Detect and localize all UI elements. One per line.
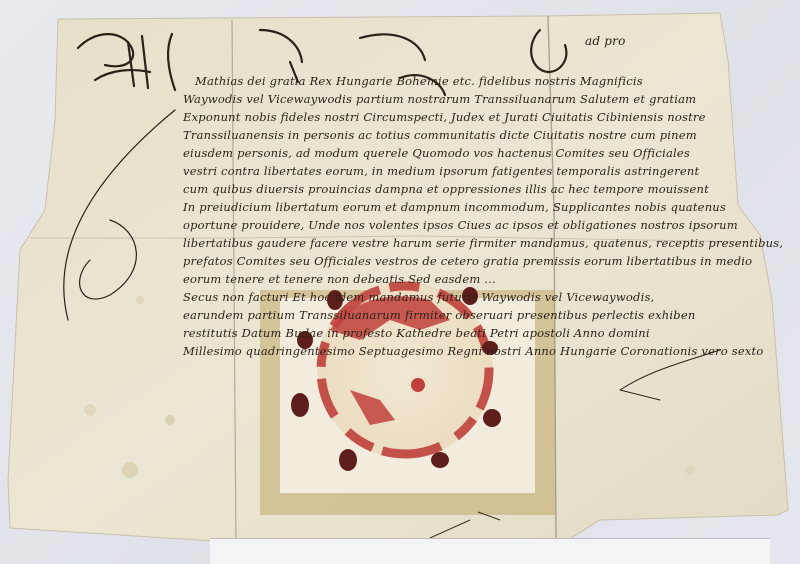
text-line: prefatos Comites seu Officiales vestros … [183,254,752,268]
text-line: libertatibus gaudere facere vestre harum… [183,236,783,250]
text-line: Exponunt nobis fideles nostri Circumspec… [183,110,706,124]
text-line: oportune prouidere, Unde nos volentes ip… [183,218,738,232]
text-line: eorum tenere et tenere non debeatis Sed … [183,272,496,286]
text-line: Transsiluanensis in personis ac totius c… [183,128,697,142]
text-line: Secus non facturi Et hoc idem mandamus f… [183,290,654,304]
text-line: Mathias dei gratia Rex Hungarie Bohemie … [195,74,643,88]
corner-note: ad pro [585,34,626,48]
text-line: restitutis Datum Budae in profesto Kathe… [183,326,650,340]
text-line: Millesimo quadringentesimo Septuagesimo … [183,344,764,358]
text-line: In preiudicium libertatum eorum et dampn… [183,200,726,214]
text-line: cum quibus diuersis prouincias dampna et… [183,182,709,196]
text-line: vestri contra libertates eorum, in mediu… [183,164,699,178]
text-line: earundem partium Transsiluanarum firmite… [183,308,695,322]
underlying-sheet [210,538,770,564]
text-line: eiusdem personis, ad modum querele Quomo… [183,146,690,160]
text-line: Waywodis vel Vicewaywodis partium nostra… [183,92,696,106]
